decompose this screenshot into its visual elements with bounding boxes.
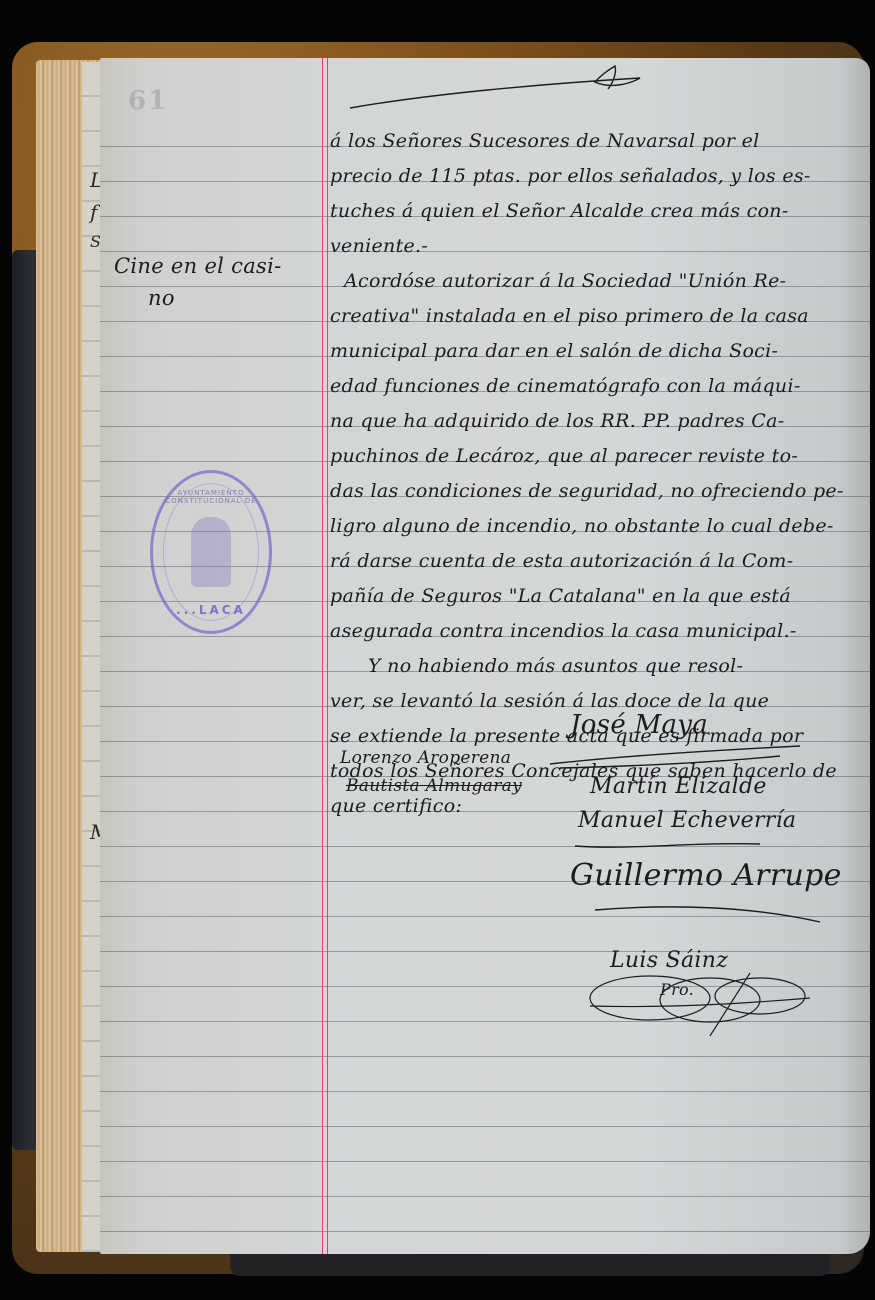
body-line: ligro alguno de incendio, no obstante lo… <box>330 515 834 537</box>
body-line: na que ha adquirido de los RR. PP. padre… <box>330 410 784 432</box>
body-line: á los Señores Sucesores de Navarsal por … <box>330 130 760 152</box>
municipal-seal-stamp: AYUNTAMIENTO CONSTITUCIONAL DE ...LACA <box>150 470 272 634</box>
signature-manuel-echeverria: Manuel Echeverría <box>578 808 796 833</box>
stamp-text-top: AYUNTAMIENTO CONSTITUCIONAL DE <box>153 489 269 505</box>
prev-page-fragment: f <box>90 200 97 224</box>
signature-flourish <box>590 900 830 930</box>
body-line: que certifico: <box>330 795 462 817</box>
stamp-text-bottom: ...LACA <box>153 603 269 617</box>
signature-flourish <box>540 726 810 776</box>
body-line: Acordóse autorizar á la Sociedad "Unión … <box>344 270 786 292</box>
signature-rubric <box>580 958 820 1038</box>
body-line: pañía de Seguros "La Catalana" en la que… <box>330 585 791 607</box>
margin-note-line1: Cine en el casi- <box>114 254 282 278</box>
signature-flourish <box>570 836 770 856</box>
body-line: Y no habiendo más asuntos que resol- <box>368 655 743 677</box>
signature-guillermo-arrupe: Guillermo Arrupe <box>570 858 842 893</box>
body-line: rá darse cuenta de esta autorización á l… <box>330 550 793 572</box>
body-line: das las condiciones de seguridad, no ofr… <box>330 480 844 502</box>
signature-bautista-almugaray: Bautista Almugaray <box>346 776 522 796</box>
body-line: veniente.- <box>330 235 428 257</box>
body-line: precio de 115 ptas. por ellos señalados,… <box>330 165 811 187</box>
red-margin-rule <box>322 58 328 1254</box>
body-line: creativa" instalada en el piso primero d… <box>330 305 809 327</box>
body-line: edad funciones de cinematógrafo con la m… <box>330 375 801 397</box>
header-flourish <box>340 64 660 114</box>
body-line: tuches á quien el Señor Alcalde crea más… <box>330 200 789 222</box>
body-line: ver, se levantó la sesión á las doce de … <box>330 690 769 712</box>
body-line: puchinos de Lecároz, que al parecer revi… <box>330 445 798 467</box>
signature-lorenzo-aroperena: Lorenzo Aroperena <box>340 748 511 768</box>
margin-note-line2: no <box>148 286 175 310</box>
page-number: 61 <box>128 86 168 116</box>
body-line: asegurada contra incendios la casa munic… <box>330 620 797 642</box>
signature-martin-elizalde: Martín Elizalde <box>590 774 767 799</box>
body-line: municipal para dar en el salón de dicha … <box>330 340 778 362</box>
ledger-page: 61 Cine en el casi- no á los Señores Suc… <box>100 58 870 1254</box>
cover-bottom-edge <box>230 1252 830 1276</box>
